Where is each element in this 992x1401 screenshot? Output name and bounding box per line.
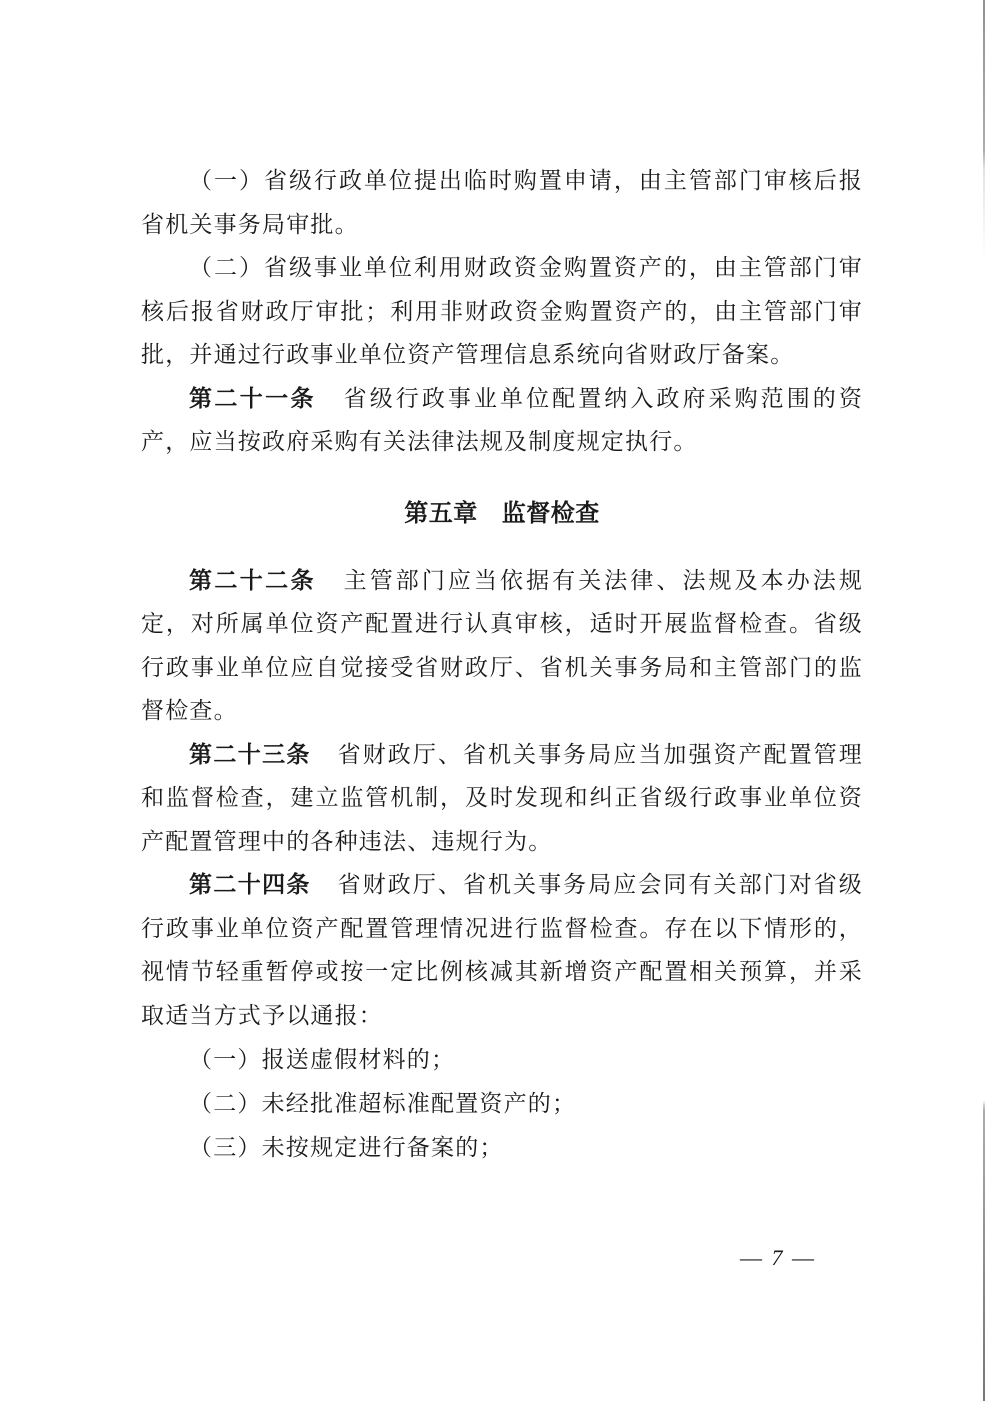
- article-24-item-3: （三）未按规定进行备案的；: [141, 1126, 863, 1170]
- page-number-dash-right: —: [792, 1245, 816, 1270]
- page-number-dash-left: —: [740, 1245, 764, 1270]
- page-number-value: 7: [772, 1245, 785, 1270]
- chapter-title: 监督检查: [502, 498, 600, 527]
- article-21-label: 第二十一条: [189, 386, 316, 412]
- article-21: 第二十一条省级行政事业单位配置纳入政府采购范围的资产，应当按政府采购有关法律法规…: [141, 378, 863, 465]
- page-number: — 7 —: [740, 1245, 816, 1271]
- document-page: （一）省级行政单位提出临时购置申请，由主管部门审核后报省机关事务局审批。 （二）…: [0, 0, 992, 1401]
- article-22-label: 第二十二条: [189, 568, 316, 594]
- article-24-item-2: （二）未经批准超标准配置资产的；: [141, 1082, 863, 1126]
- chapter-number: 第五章: [404, 498, 478, 527]
- paragraph-item-2: （二）省级事业单位利用财政资金购置资产的，由主管部门审核后报省财政厅审批；利用非…: [141, 247, 863, 378]
- article-24-item-1: （一）报送虚假材料的；: [141, 1038, 863, 1082]
- article-22: 第二十二条主管部门应当依据有关法律、法规及本办法规定，对所属单位资产配置进行认真…: [141, 560, 863, 734]
- article-24: 第二十四条省财政厅、省机关事务局应会同有关部门对省级行政事业单位资产配置管理情况…: [141, 864, 863, 1038]
- paragraph-item-1: （一）省级行政单位提出临时购置申请，由主管部门审核后报省机关事务局审批。: [141, 160, 863, 247]
- chapter-heading: 第五章监督检查: [141, 465, 863, 560]
- article-23: 第二十三条省财政厅、省机关事务局应当加强资产配置管理和监督检查，建立监管机制，及…: [141, 734, 863, 865]
- article-23-label: 第二十三条: [189, 742, 311, 768]
- article-24-label: 第二十四条: [189, 872, 311, 898]
- document-body: （一）省级行政单位提出临时购置申请，由主管部门审核后报省机关事务局审批。 （二）…: [141, 160, 863, 1170]
- scan-edge-line: [983, 0, 985, 1401]
